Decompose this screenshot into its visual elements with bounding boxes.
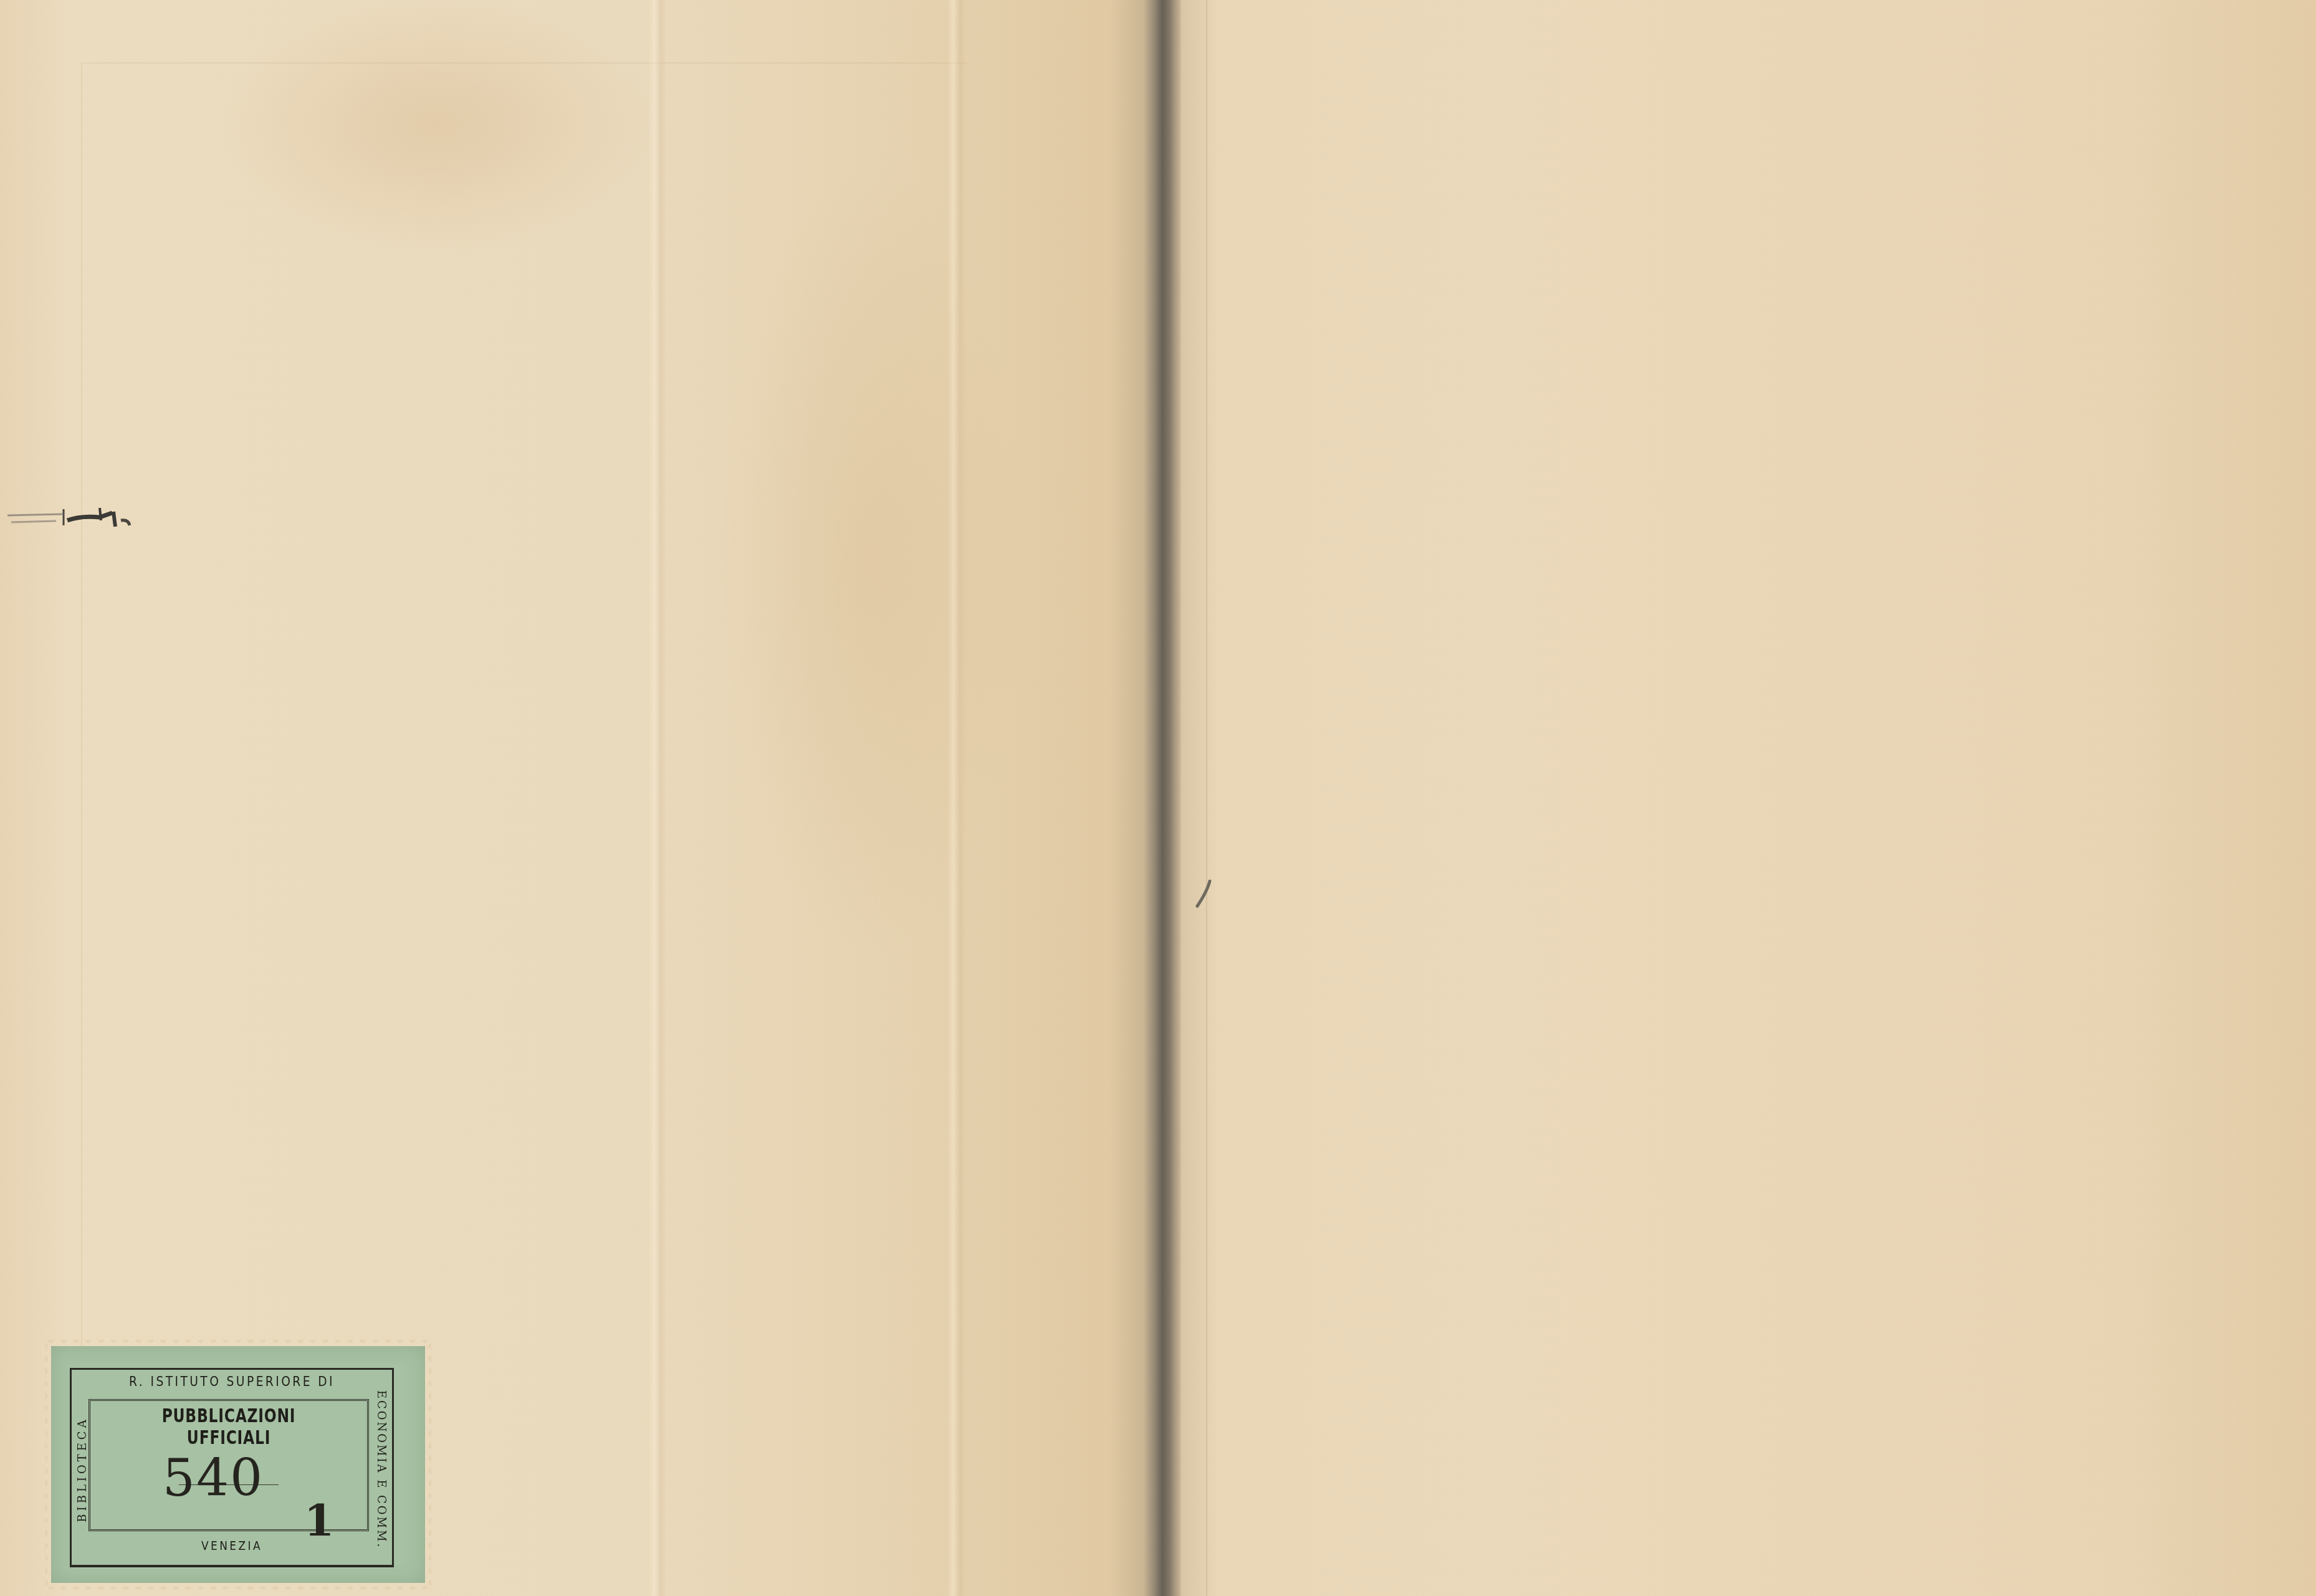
right-page-gutter-edge [1206, 0, 1207, 1596]
label-perforation [45, 1340, 431, 1346]
ink-mark-icon [1194, 879, 1212, 910]
pencil-scribble-icon [6, 502, 131, 533]
label-title: PUBBLICAZIONI UFFICIALI [120, 1405, 337, 1449]
book-spread: R. ISTITUTO SUPERIORE DI PUBBLICAZIONI U… [0, 0, 2316, 1596]
library-label: R. ISTITUTO SUPERIORE DI PUBBLICAZIONI U… [45, 1340, 431, 1589]
label-perforation [425, 1340, 431, 1589]
label-side-text-left: BIBLIOTECA [76, 1388, 89, 1551]
label-institute-line: R. ISTITUTO SUPERIORE DI [105, 1374, 359, 1390]
label-side-text-right: ECONOMIA E COMM. [375, 1376, 388, 1563]
label-perforation [45, 1340, 51, 1589]
book-spine [1144, 0, 1181, 1596]
label-city: VENEZIA [105, 1538, 359, 1553]
shelf-number: 540 [120, 1449, 307, 1508]
paper-fold [947, 0, 966, 1596]
paper-fold [648, 0, 667, 1596]
label-perforation [45, 1583, 431, 1589]
left-page: R. ISTITUTO SUPERIORE DI PUBBLICAZIONI U… [0, 0, 1172, 1596]
right-page [1181, 0, 2316, 1596]
